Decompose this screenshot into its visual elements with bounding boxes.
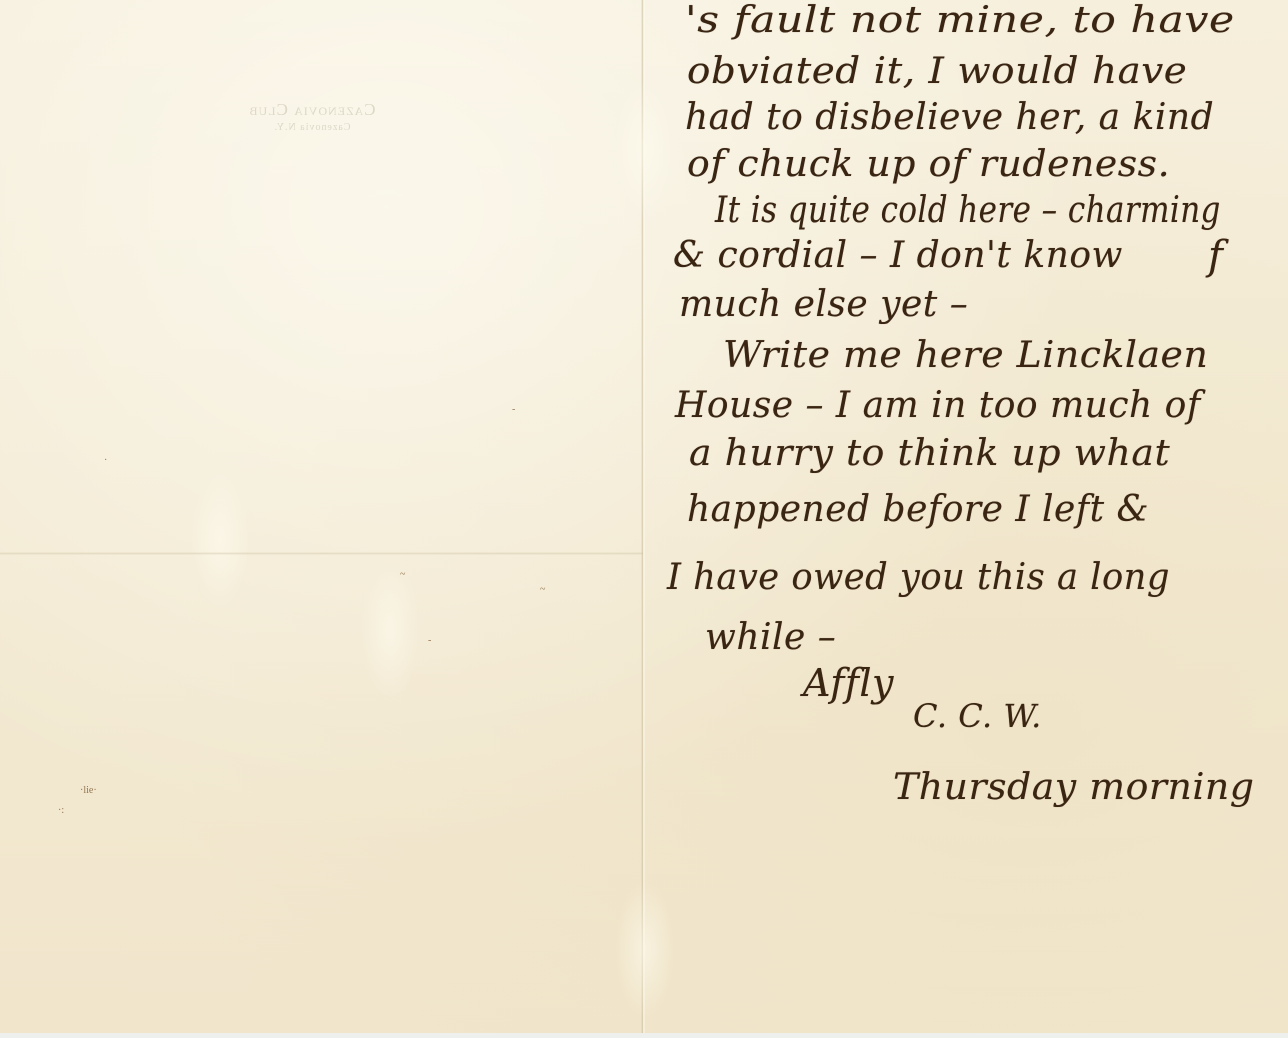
letter-line: 's fault not mine, to have <box>685 3 1235 39</box>
letter-line: & cordial – I don't know <box>673 238 1123 274</box>
ink-bleed-mark: ~ <box>540 585 545 595</box>
letter-line: It is quite cold here – charming <box>715 193 1221 229</box>
ink-bleed-mark: ·: <box>58 806 64 816</box>
ink-bleed-mark: ·lie· <box>80 786 97 796</box>
letter-line: while – <box>705 620 836 656</box>
letter-line: obviated it, I would have <box>687 54 1187 90</box>
horizontal-fold <box>0 552 643 555</box>
letter-line: House – I am in too much of <box>675 388 1201 424</box>
letter-line: Write me here Lincklaen <box>723 338 1208 374</box>
letter-line: a hurry to think up what <box>689 436 1170 472</box>
right-page: 's fault not mine, to have obviated it, … <box>643 0 1288 1033</box>
ink-bleed-mark: - <box>428 636 431 646</box>
letter-line: of chuck up of rudeness. <box>687 147 1170 183</box>
letter-line: much else yet – <box>679 287 968 323</box>
margin-mark: f <box>1208 236 1223 276</box>
letter-line: happened before I left & <box>687 492 1149 528</box>
letterhead-place: Cazenovia N.Y. <box>222 122 402 133</box>
letter-line: I have owed you this a long <box>667 560 1170 596</box>
letter-signature: C. C. W. <box>913 700 1042 732</box>
left-page: Cazenovia Club Cazenovia N.Y. · - ~ ~ - … <box>0 0 643 1033</box>
letter-closing: Affly <box>803 664 894 702</box>
letterhead-name: Cazenovia Club <box>222 100 402 120</box>
paper-crease <box>190 470 250 610</box>
letter-line: had to disbelieve her, a kind <box>685 100 1214 136</box>
embossed-letterhead: Cazenovia Club Cazenovia N.Y. <box>222 100 402 133</box>
scan-edge <box>0 1033 1288 1038</box>
letter-body: 's fault not mine, to have obviated it, … <box>643 0 1288 1033</box>
paper-crease <box>360 560 420 700</box>
ink-bleed-mark: - <box>512 405 515 415</box>
letter-scan: Cazenovia Club Cazenovia N.Y. · - ~ ~ - … <box>0 0 1288 1033</box>
ink-bleed-mark: · <box>104 456 107 466</box>
ink-bleed-mark: ~ <box>400 570 405 580</box>
letter-dateline: Thursday morning <box>893 770 1255 806</box>
